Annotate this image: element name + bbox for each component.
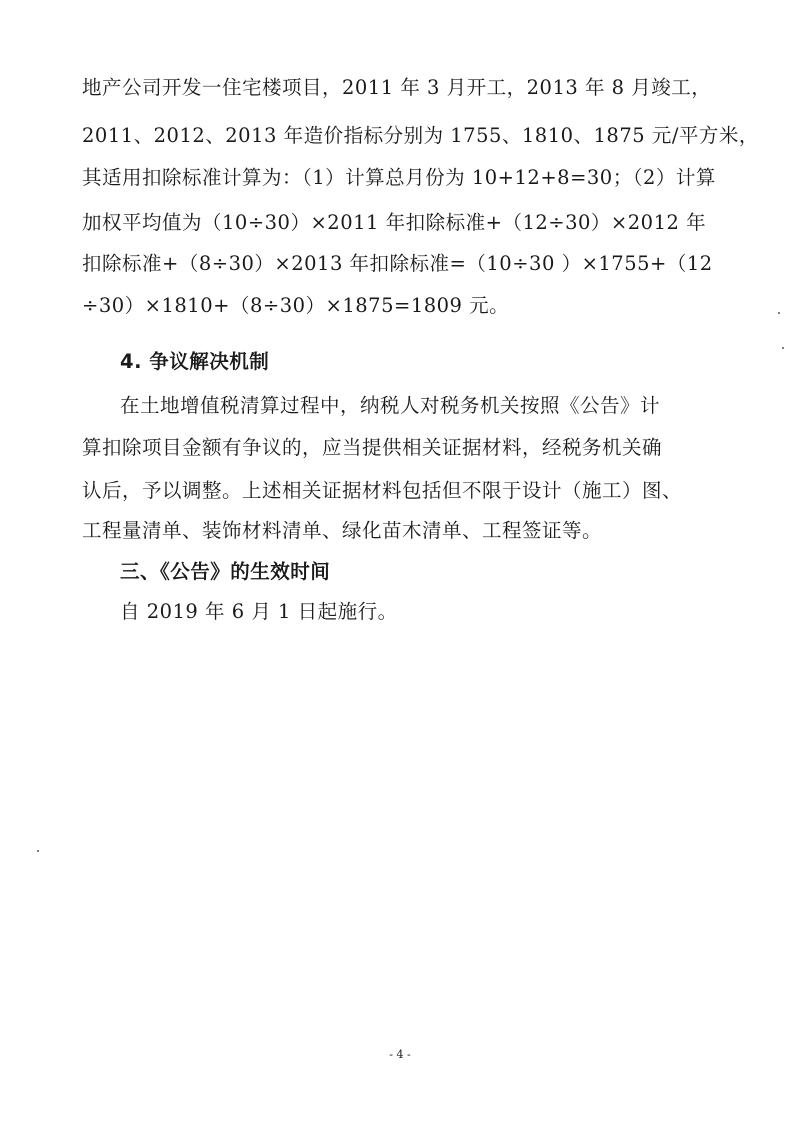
paragraph-line: 自 2019 年 6 月 1 日起施行。 <box>120 596 398 624</box>
paragraph-line: 其适用扣除标准计算为：（1）计算总月份为 10+12+8=30；（2）计算 <box>82 162 716 190</box>
paragraph-line: 认后，予以调整。上述相关证据材料包括但不限于设计（施工）图、 <box>82 475 682 503</box>
paragraph-line: 加权平均值为（10÷30）×2011 年扣除标准+（12÷30）×2012 年 <box>82 207 706 235</box>
paragraph-line: 在土地增值税清算过程中，纳税人对税务机关按照《公告》计 <box>120 390 660 418</box>
paragraph-line: 扣除标准+（8÷30）×2013 年扣除标准=（10÷30 ）×1755+（12 <box>82 248 713 276</box>
section-heading: 4. 争议解决机制 <box>120 346 269 374</box>
document-page: 地产公司开发一住宅楼项目，2011 年 3 月开工，2013 年 8 月竣工， … <box>0 0 800 1132</box>
scan-speck <box>37 850 39 852</box>
page-number: - 4 - <box>0 1048 800 1061</box>
paragraph-line: 算扣除项目金额有争议的，应当提供相关证据材料，经税务机关确 <box>82 432 662 460</box>
section-heading: 三、《公告》的生效时间 <box>120 556 330 584</box>
paragraph-line: 工程量清单、装饰材料清单、绿化苗木清单、工程签证等。 <box>82 515 602 543</box>
paragraph-line: 地产公司开发一住宅楼项目，2011 年 3 月开工，2013 年 8 月竣工， <box>82 72 711 100</box>
paragraph-line: ÷30）×1810+（8÷30）×1875=1809 元。 <box>82 290 509 318</box>
paragraph-line: 2011、2012、2013 年造价指标分别为 1755、1810、1875 元… <box>82 120 759 148</box>
scan-speck <box>782 347 784 349</box>
scan-speck <box>778 312 780 314</box>
